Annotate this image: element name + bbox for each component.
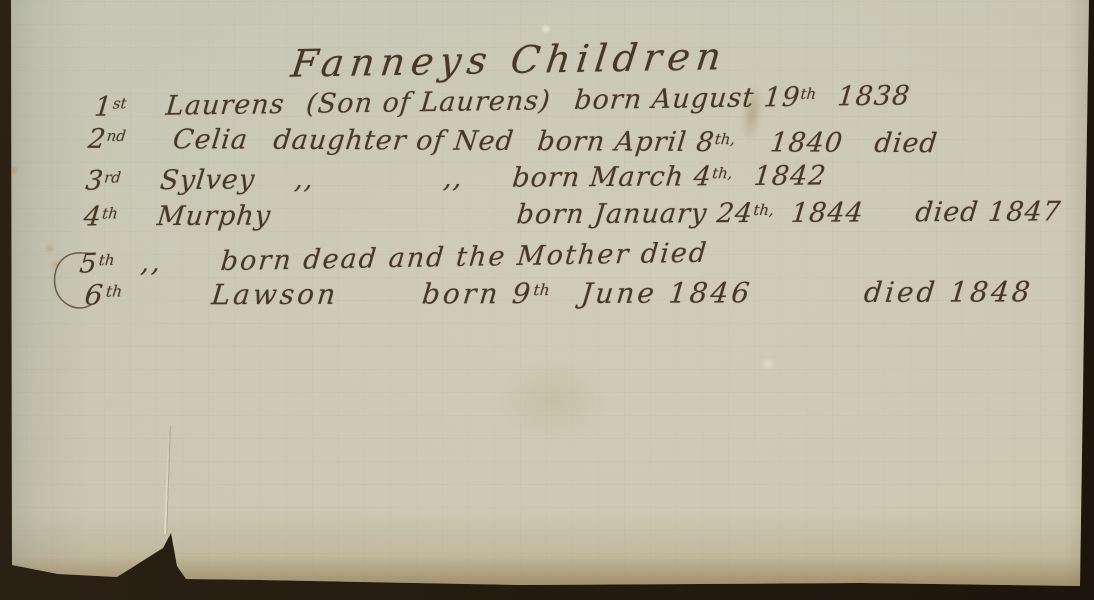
ditto-mark: ,, xyxy=(293,164,315,195)
record-death: died xyxy=(873,128,940,159)
record-birth: born 9 xyxy=(421,277,535,310)
record-death: died 1848 xyxy=(863,275,1035,309)
record-name: Lawson xyxy=(210,278,340,311)
ordinal-suffix: nd xyxy=(106,126,127,144)
birth-ordinal-suffix: th xyxy=(800,84,817,102)
record-birth: born March 4 xyxy=(511,161,714,193)
record-line: 6th Lawson born 9th June 1846 died 1848 xyxy=(83,275,1034,311)
record-ordinal: 2 xyxy=(87,124,109,155)
ditto-mark: ,, xyxy=(442,163,464,194)
paper-fleck xyxy=(540,24,552,34)
record-ordinal: 6 xyxy=(83,279,107,312)
record-birth-year: 1840 xyxy=(769,127,845,158)
record-birth: born January 24 xyxy=(515,198,755,230)
record-birth-year: 1842 xyxy=(752,160,828,192)
ordinal-suffix: rd xyxy=(103,168,121,186)
record-name: Celia xyxy=(171,124,249,155)
record-line: 5th ,, born dead and the Mother died xyxy=(78,237,720,279)
record-ordinal: 4 xyxy=(82,201,103,232)
rust-stain xyxy=(44,244,55,254)
scanned-document: Fanneys Children 1st Laurens (Son of Lau… xyxy=(0,0,1094,600)
birth-ordinal-suffix: th xyxy=(533,281,551,299)
record-line: 1st Laurens (Son of Laurens) born August… xyxy=(93,80,921,123)
ordinal-suffix: th xyxy=(98,251,115,269)
record-parent-note: daughter of Ned xyxy=(272,125,516,157)
document-title: Fanneys Children xyxy=(289,34,730,86)
rust-stain xyxy=(9,165,19,175)
paper-fleck xyxy=(760,358,776,370)
birth-ordinal-suffix: th, xyxy=(753,201,775,219)
ordinal-suffix: st xyxy=(112,94,127,112)
birth-ordinal-suffix: th, xyxy=(711,164,733,182)
record-death: died 1847 xyxy=(914,196,1063,228)
record-line: 4th Murphy born January 24th, 1844 died … xyxy=(82,196,1062,232)
record-ordinal: 1 xyxy=(93,92,114,123)
record-birth-year: 1844 xyxy=(790,197,866,228)
record-birth: born April 8 xyxy=(536,126,716,158)
birth-ordinal-suffix: th, xyxy=(714,130,736,148)
record-line: 2nd Celia daughter of Ned born April 8th… xyxy=(87,124,940,159)
record-name: Laurens xyxy=(164,89,286,122)
record-birth: born dead and the Mother died xyxy=(219,238,709,277)
record-ordinal: 3 xyxy=(84,165,105,196)
record-birth-year: 1838 xyxy=(836,80,912,112)
record-name: Murphy xyxy=(156,201,273,233)
ordinal-suffix: th xyxy=(105,283,123,301)
record-ordinal: 5 xyxy=(78,248,100,279)
paper-crease xyxy=(164,426,170,534)
document-page: Fanneys Children 1st Laurens (Son of Lau… xyxy=(0,0,1094,600)
ordinal-suffix: th xyxy=(101,204,118,222)
rust-stain xyxy=(50,259,62,270)
tan-stain xyxy=(498,360,608,440)
record-name: Sylvey xyxy=(159,164,257,196)
ditto-mark: ,, xyxy=(140,247,164,278)
record-line: 3rd Sylvey ,, ,, born March 4th, 1842 xyxy=(84,160,837,196)
record-parent-note: (Son of Laurens) xyxy=(305,85,552,119)
record-birth-year: June 1846 xyxy=(580,276,754,310)
record-birth: born August 19 xyxy=(573,82,802,116)
